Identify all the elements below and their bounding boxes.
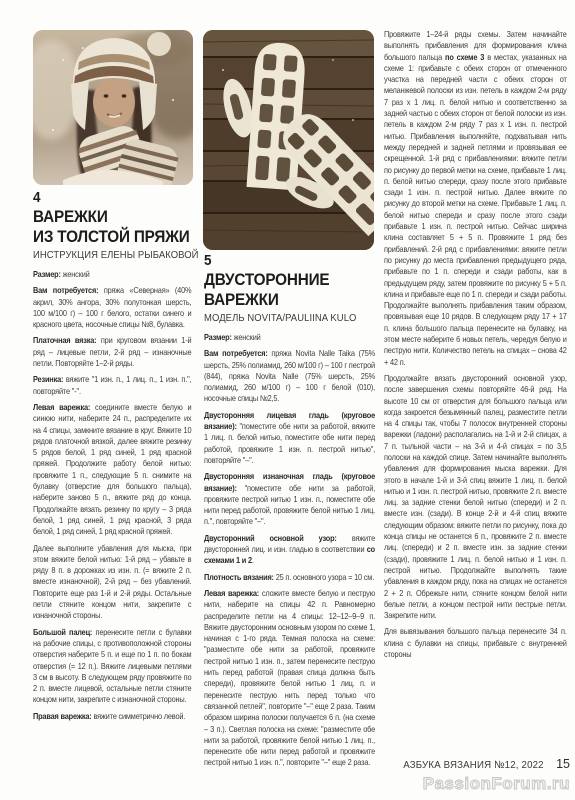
paragraph: Правая варежка: вяжите симметрично левой… <box>33 711 191 722</box>
watermark: PassionForum.ru <box>250 774 570 794</box>
article4-title-line1: ВАРЕЖКИ <box>33 207 191 227</box>
paragraph: Размер: женский <box>204 332 375 343</box>
paragraph: Большой палец: перенесите петли с булавк… <box>33 627 191 706</box>
paragraph: Резинка: вяжите "1 изн. п., 1 лиц. п., 1… <box>33 374 191 397</box>
paragraph: Левая варежка: сложите вместе белую и пе… <box>204 588 375 769</box>
paragraph: Двусторонний основной узор: вяжите двуст… <box>204 533 375 567</box>
paragraph: Вам потребуется: пряжа «Северная» (40% а… <box>33 285 191 330</box>
paragraph: Плотность вязания: 25 п. основного узора… <box>204 572 375 583</box>
article5-title-line2: ВАРЕЖКИ <box>204 290 375 310</box>
article5-title-line1: ДВУСТОРОННИЕ <box>204 270 375 290</box>
column-article-5: 5 ДВУСТОРОННИЕ ВАРЕЖКИ МОДЕЛЬ NOVITA/PAU… <box>204 252 375 774</box>
article5-number: 5 <box>204 252 375 269</box>
photo-reversible-mittens-illustration <box>203 30 374 250</box>
article4-body: Размер: женский Вам потребуется: пряжа «… <box>33 269 191 722</box>
paragraph: Для вывязывания большого пальца перенеси… <box>384 626 567 660</box>
paragraph: Левая варежка: соедините вместе белую и … <box>33 402 191 538</box>
column-article-5-continuation: Провяжите 1–24-й ряды схемы. Затем начин… <box>384 29 567 665</box>
paragraph: Двусторонняя изнаночная гладь (круговое … <box>204 471 375 527</box>
page-footer: АЗБУКА ВЯЗАНИЯ №12, 202215 PassionForum.… <box>250 755 570 794</box>
photo-knitted-hat-model-illustration <box>33 30 193 185</box>
photo-knitted-hat-model <box>33 30 193 185</box>
paragraph: Платочная вязка: при круговом вязании 1-… <box>33 335 191 369</box>
article4-byline: ИНСТРУКЦИЯ ЕЛЕНЫ РЫБАКОВОЙ <box>33 249 191 262</box>
paragraph: Провяжите 1–24-й ряды схемы. Затем начин… <box>384 29 567 368</box>
article5-byline: МОДЕЛЬ NOVITA/PAULIINA KULO <box>204 312 375 325</box>
page-number: 15 <box>556 757 570 771</box>
paragraph: Размер: женский <box>33 269 191 280</box>
paragraph: Двусторонняя лицевая гладь (круговое вяз… <box>204 410 375 466</box>
paragraph: Вам потребуется: пряжа Novita Nalle Taik… <box>204 348 375 404</box>
paragraph: Продолжайте вязать двусторонний основной… <box>384 373 567 622</box>
photo-reversible-mittens <box>203 30 374 250</box>
column-article-4: 4 ВАРЕЖКИ ИЗ ТОЛСТОЙ ПРЯЖИ ИНСТРУКЦИЯ ЕЛ… <box>33 189 191 727</box>
article4-number: 4 <box>33 189 191 206</box>
article4-title-line2: ИЗ ТОЛСТОЙ ПРЯЖИ <box>33 227 191 247</box>
magazine-page: 4 ВАРЕЖКИ ИЗ ТОЛСТОЙ ПРЯЖИ ИНСТРУКЦИЯ ЕЛ… <box>0 0 575 800</box>
magazine-title: АЗБУКА ВЯЗАНИЯ №12, 2022 <box>404 759 545 771</box>
article5-continuation: Провяжите 1–24-й ряды схемы. Затем начин… <box>384 29 567 660</box>
article5-body: Размер: женский Вам потребуется: пряжа N… <box>204 332 375 769</box>
paragraph: Далее выполните убавления для мыска, при… <box>33 543 191 622</box>
